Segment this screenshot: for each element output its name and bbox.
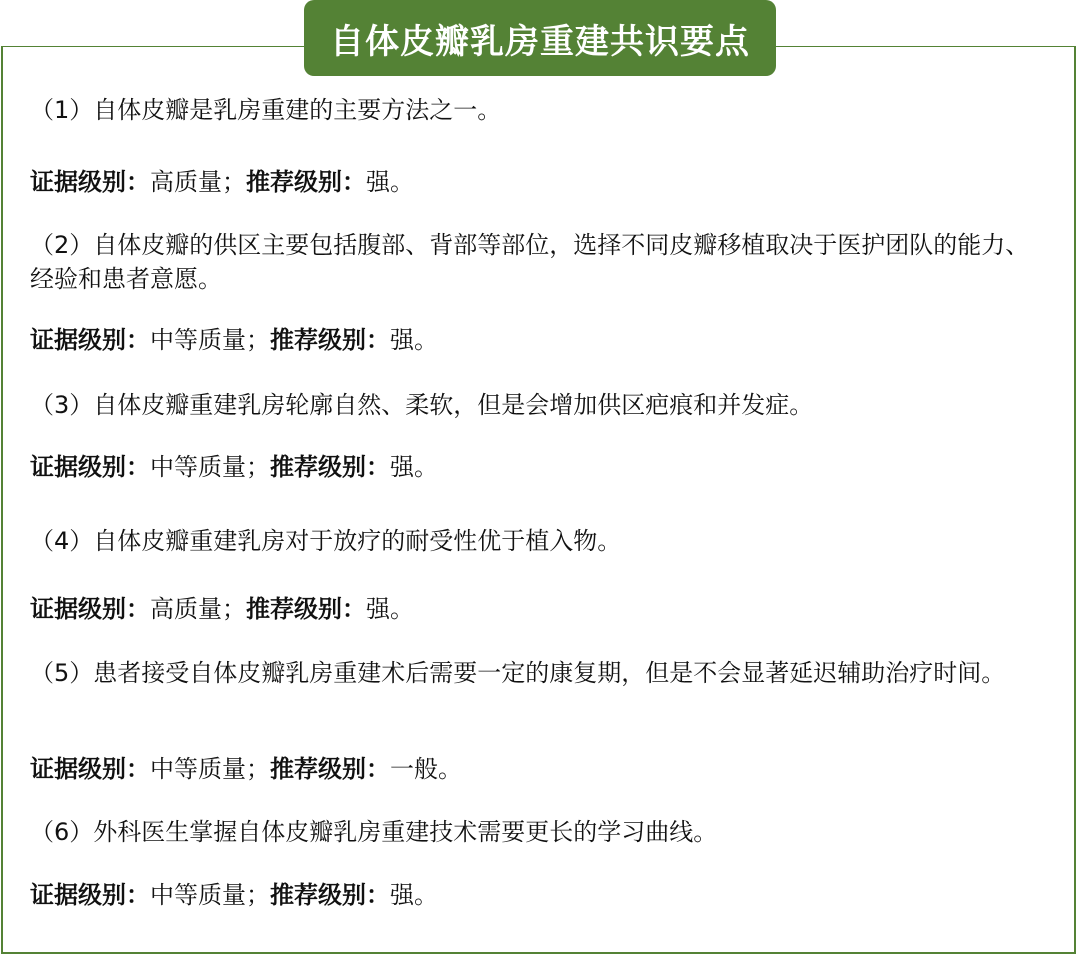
statement-4: （4）自体皮瓣重建乳房对于放疗的耐受性优于植入物。 [30,524,1050,558]
recommendation-value: 一般。 [390,755,462,783]
statement-2: （2）自体皮瓣的供区主要包括腹部、背部等部位，选择不同皮瓣移植取决于医护团队的能… [30,228,1050,296]
recommendation-value: 强。 [390,326,438,354]
recommendation-value: 强。 [366,168,414,196]
recommendation-value: 强。 [390,453,438,481]
evidence-label: 证据级别： [30,755,150,783]
evidence-label: 证据级别： [30,326,150,354]
page-title: 自体皮瓣乳房重建共识要点 [330,14,750,63]
level-2: 证据级别：中等质量；推荐级别：强。 [30,323,1050,357]
recommendation-label: 推荐级别： [270,453,390,481]
recommendation-value: 强。 [366,595,414,623]
statement-3: （3）自体皮瓣重建乳房轮廓自然、柔软，但是会增加供区疤痕和并发症。 [30,388,1050,422]
recommendation-label: 推荐级别： [270,326,390,354]
level-4: 证据级别：高质量；推荐级别：强。 [30,592,1050,626]
recommendation-label: 推荐级别： [246,168,366,196]
evidence-value: 高质量； [150,168,246,196]
statement-5: （5）患者接受自体皮瓣乳房重建术后需要一定的康复期，但是不会显著延迟辅助治疗时间… [30,656,1050,690]
evidence-label: 证据级别： [30,168,150,196]
level-5: 证据级别：中等质量；推荐级别：一般。 [30,752,1050,786]
recommendation-label: 推荐级别： [270,881,390,909]
statement-6: （6）外科医生掌握自体皮瓣乳房重建技术需要更长的学习曲线。 [30,815,1050,849]
level-1: 证据级别：高质量；推荐级别：强。 [30,165,1050,199]
evidence-value: 中等质量； [150,881,270,909]
recommendation-label: 推荐级别： [246,595,366,623]
evidence-value: 中等质量； [150,326,270,354]
statement-1: （1）自体皮瓣是乳房重建的主要方法之一。 [30,93,1050,127]
level-3: 证据级别：中等质量；推荐级别：强。 [30,450,1050,484]
evidence-value: 中等质量； [150,453,270,481]
evidence-value: 中等质量； [150,755,270,783]
evidence-label: 证据级别： [30,595,150,623]
title-banner: 自体皮瓣乳房重建共识要点 [304,0,776,76]
recommendation-value: 强。 [390,881,438,909]
evidence-value: 高质量； [150,595,246,623]
evidence-label: 证据级别： [30,881,150,909]
level-6: 证据级别：中等质量；推荐级别：强。 [30,878,1050,912]
evidence-label: 证据级别： [30,453,150,481]
recommendation-label: 推荐级别： [270,755,390,783]
